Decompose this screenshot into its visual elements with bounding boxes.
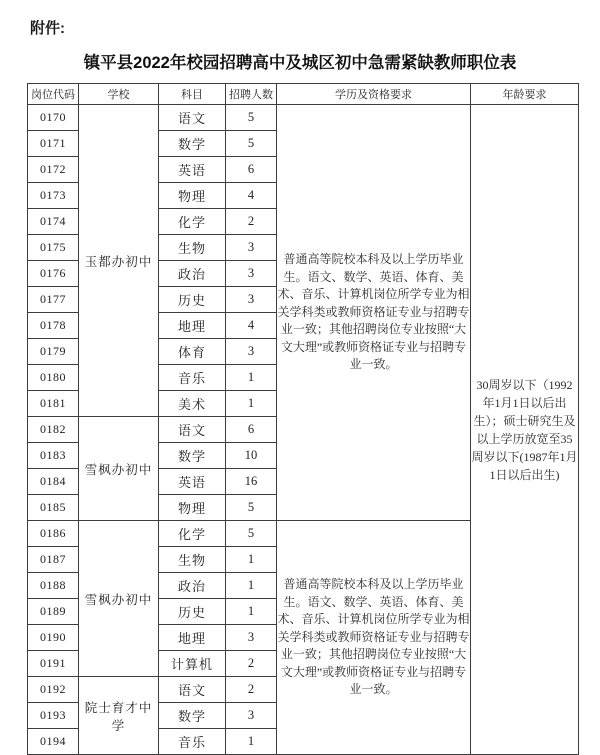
recruit-count-cell: 3 (226, 703, 277, 729)
subject-cell: 物理 (159, 495, 226, 521)
school-cell: 雪枫办初中 (79, 521, 159, 677)
subject-cell: 历史 (159, 287, 226, 313)
document-page: 附件: 镇平县2022年校园招聘高中及城区初中急需紧缺教师职位表 岗位代码学校科… (0, 0, 600, 755)
subject-cell: 美术 (159, 391, 226, 417)
page-title: 镇平县2022年校园招聘高中及城区初中急需紧缺教师职位表 (0, 49, 600, 73)
subject-cell: 历史 (159, 599, 226, 625)
recruit-count-cell: 5 (226, 521, 277, 547)
attachment-label: 附件: (30, 17, 600, 38)
position-code-cell: 0193 (28, 703, 79, 729)
position-code-cell: 0186 (28, 521, 79, 547)
subject-cell: 语文 (159, 105, 226, 131)
position-code-cell: 0178 (28, 313, 79, 339)
recruit-count-cell: 2 (226, 651, 277, 677)
subject-cell: 化学 (159, 209, 226, 235)
recruit-count-cell: 1 (226, 729, 277, 755)
subject-cell: 体育 (159, 339, 226, 365)
age-requirement-cell: 30周岁以下（1992年1月1日以后出生）；硕士研究生及以上学历放宽至35周岁以… (471, 105, 579, 755)
recruit-count-cell: 1 (226, 391, 277, 417)
position-code-cell: 0173 (28, 183, 79, 209)
position-code-cell: 0184 (28, 469, 79, 495)
column-header: 岗位代码 (28, 84, 79, 105)
position-code-cell: 0185 (28, 495, 79, 521)
subject-cell: 物理 (159, 183, 226, 209)
recruit-count-cell: 3 (226, 287, 277, 313)
subject-cell: 英语 (159, 157, 226, 183)
recruit-count-cell: 1 (226, 573, 277, 599)
recruit-count-cell: 4 (226, 183, 277, 209)
table-row: 0170玉都办初中语文5普通高等院校本科及以上学历毕业生。语文、数学、英语、体育… (28, 105, 579, 131)
recruit-count-cell: 3 (226, 261, 277, 287)
recruit-count-cell: 6 (226, 157, 277, 183)
position-code-cell: 0172 (28, 157, 79, 183)
subject-cell: 政治 (159, 573, 226, 599)
position-code-cell: 0174 (28, 209, 79, 235)
column-header: 学校 (79, 84, 159, 105)
positions-table: 岗位代码学校科目招聘人数学历及资格要求年龄要求 0170玉都办初中语文5普通高等… (27, 83, 579, 755)
school-cell: 院士育才中学 (79, 677, 159, 755)
recruit-count-cell: 1 (226, 365, 277, 391)
subject-cell: 音乐 (159, 729, 226, 755)
subject-cell: 英语 (159, 469, 226, 495)
column-header: 年龄要求 (471, 84, 579, 105)
recruit-count-cell: 2 (226, 677, 277, 703)
position-code-cell: 0189 (28, 599, 79, 625)
subject-cell: 地理 (159, 313, 226, 339)
position-code-cell: 0194 (28, 729, 79, 755)
position-code-cell: 0191 (28, 651, 79, 677)
subject-cell: 数学 (159, 443, 226, 469)
recruit-count-cell: 3 (226, 235, 277, 261)
position-code-cell: 0181 (28, 391, 79, 417)
recruit-count-cell: 3 (226, 625, 277, 651)
subject-cell: 化学 (159, 521, 226, 547)
recruit-count-cell: 10 (226, 443, 277, 469)
recruit-count-cell: 3 (226, 339, 277, 365)
subject-cell: 政治 (159, 261, 226, 287)
recruit-count-cell: 6 (226, 417, 277, 443)
position-code-cell: 0187 (28, 547, 79, 573)
position-code-cell: 0175 (28, 235, 79, 261)
position-code-cell: 0177 (28, 287, 79, 313)
column-header: 科目 (159, 84, 226, 105)
subject-cell: 语文 (159, 677, 226, 703)
position-code-cell: 0190 (28, 625, 79, 651)
recruit-count-cell: 16 (226, 469, 277, 495)
table-body: 0170玉都办初中语文5普通高等院校本科及以上学历毕业生。语文、数学、英语、体育… (28, 105, 579, 755)
position-code-cell: 0176 (28, 261, 79, 287)
recruit-count-cell: 4 (226, 313, 277, 339)
position-code-cell: 0182 (28, 417, 79, 443)
position-code-cell: 0183 (28, 443, 79, 469)
position-code-cell: 0192 (28, 677, 79, 703)
position-code-cell: 0171 (28, 131, 79, 157)
school-cell: 雪枫办初中 (79, 417, 159, 521)
recruit-count-cell: 1 (226, 547, 277, 573)
header-row: 岗位代码学校科目招聘人数学历及资格要求年龄要求 (28, 84, 579, 105)
position-code-cell: 0170 (28, 105, 79, 131)
recruit-count-cell: 5 (226, 495, 277, 521)
subject-cell: 计算机 (159, 651, 226, 677)
subject-cell: 数学 (159, 703, 226, 729)
recruit-count-cell: 1 (226, 599, 277, 625)
recruit-count-cell: 5 (226, 131, 277, 157)
position-code-cell: 0179 (28, 339, 79, 365)
qualification-cell: 普通高等院校本科及以上学历毕业生。语文、数学、英语、体育、美术、音乐、计算机岗位… (277, 105, 471, 521)
subject-cell: 地理 (159, 625, 226, 651)
subject-cell: 生物 (159, 235, 226, 261)
subject-cell: 音乐 (159, 365, 226, 391)
subject-cell: 数学 (159, 131, 226, 157)
recruit-count-cell: 2 (226, 209, 277, 235)
subject-cell: 生物 (159, 547, 226, 573)
table-header: 岗位代码学校科目招聘人数学历及资格要求年龄要求 (28, 84, 579, 105)
position-code-cell: 0188 (28, 573, 79, 599)
position-code-cell: 0180 (28, 365, 79, 391)
qualification-cell: 普通高等院校本科及以上学历毕业生。语文、数学、英语、体育、美术、音乐、计算机岗位… (277, 521, 471, 755)
column-header: 招聘人数 (226, 84, 277, 105)
recruit-count-cell: 5 (226, 105, 277, 131)
column-header: 学历及资格要求 (277, 84, 471, 105)
school-cell: 玉都办初中 (79, 105, 159, 417)
subject-cell: 语文 (159, 417, 226, 443)
